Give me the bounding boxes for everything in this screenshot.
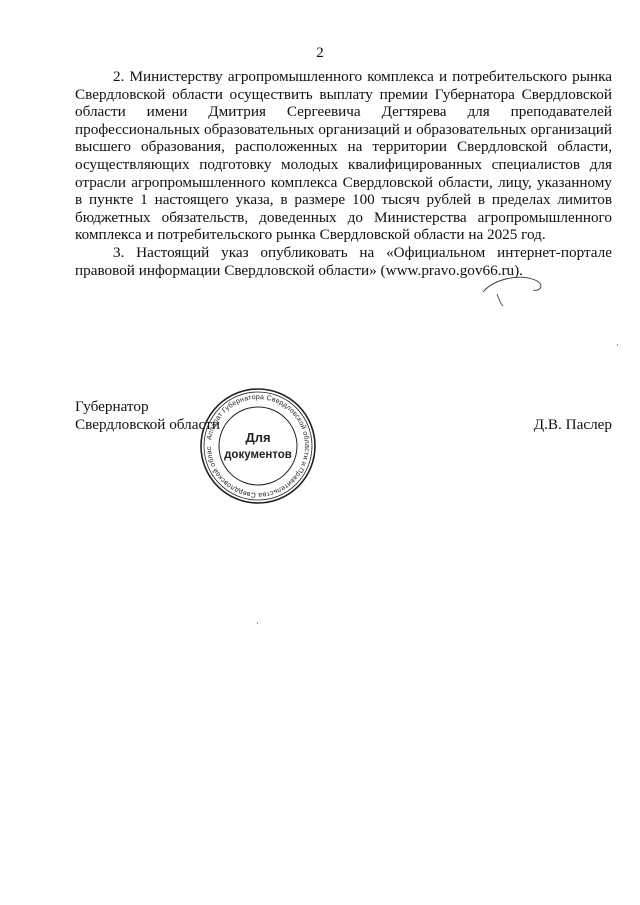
document-body: 2. Министерству агропромышленного компле… xyxy=(75,68,612,279)
paragraph-2: 2. Министерству агропромышленного компле… xyxy=(75,68,612,244)
page-number: 2 xyxy=(0,44,640,62)
scan-speck xyxy=(257,622,258,624)
signatory-name: Д.В. Паслер xyxy=(534,416,612,434)
stamp-center-line1: Для xyxy=(245,430,270,445)
scan-speck xyxy=(617,344,618,346)
official-stamp: Аппарат Губернатора Свердловской области… xyxy=(199,387,317,505)
stamp-center-line2: документов xyxy=(224,449,292,461)
pen-mark-icon xyxy=(475,270,555,310)
